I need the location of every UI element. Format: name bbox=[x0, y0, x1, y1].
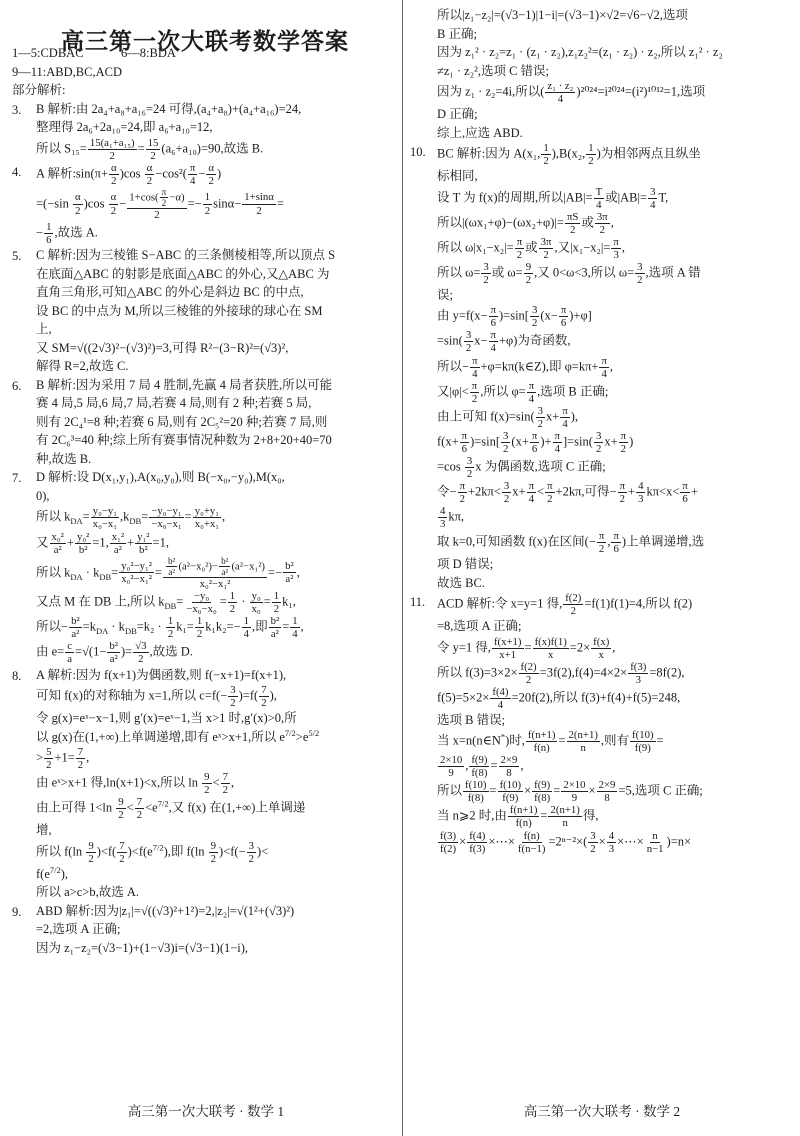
text-line: 所以 a>c>b,故选 A. bbox=[36, 883, 400, 902]
text-line: =(−sin α2)cos α2−1+cos(π2−α)2=−12sinα−1+… bbox=[36, 187, 400, 222]
text-line: ≠z₁ · z₂²,选项 C 错误; bbox=[437, 62, 794, 81]
text-line: =sin(32x−π4+φ)为奇函数, bbox=[437, 329, 794, 354]
item-body: ABD 解析:因为|z₁|=√((√3)²+1²)=2,|z₂|=√(1²+(√… bbox=[36, 902, 400, 958]
text-line: 以 g(x)在(1,+∞)上单调递增,即有 eˣ>x+1,所以 e7/2>e5/… bbox=[36, 728, 400, 747]
document-page: 高三第一次大联考数学答案 1—5:CDBAC 6—8:BDA9—11:ABD,B… bbox=[0, 0, 800, 1136]
text-line: 又x₀²a²+y₀²b²=1,x₁²a²+y₁²b²=1, bbox=[36, 531, 400, 556]
text-line: 因为 z₁ · z₂=4i,所以(z₁ · z₂4)²⁰²⁴=i²⁰²⁴=(i²… bbox=[437, 80, 794, 105]
text-line: 故选 BC. bbox=[437, 574, 794, 593]
text-line: B 解析:因为采用 7 局 4 胜制,先赢 4 局者获胜,所以可能 bbox=[36, 376, 400, 395]
item-number: 7. bbox=[12, 468, 36, 488]
text-line: 所以 ω|x₁−x₂|=π2或3π2,又|x₁−x₂|=π3, bbox=[437, 236, 794, 261]
text-line: 又点 M 在 DB 上,所以 kDB=−y₀−x₀−x₀=12 · y₀x₀=1… bbox=[36, 590, 400, 615]
text-line: 又|φ|<π2,所以 φ=π4,选项 B 正确; bbox=[437, 380, 794, 405]
text-line: 由 eˣ>x+1 得,ln(x+1)<x,所以 ln 92<72, bbox=[36, 771, 400, 796]
text-line: 误; bbox=[437, 286, 794, 305]
text-line: ABD 解析:因为|z₁|=√((√3)²+1²)=2,|z₂|=√(1²+(√… bbox=[36, 902, 400, 921]
text-line: 设 T 为 f(x)的周期,所以|AB|=T4或|AB|=34T, bbox=[437, 186, 794, 211]
text-line: 所以 S₁₅=15(a₁+a₁₅)2=152(a₆+a₁₀)=90,故选 B. bbox=[36, 137, 400, 162]
item-number: 11. bbox=[410, 592, 437, 612]
text-line: 所以 f(3)=3×2×f(2)2=3f(2),f(4)=4×2×f(3)3=8… bbox=[437, 661, 794, 686]
text-line: f(5)=5×2×f(4)4=20f(2),所以 f(3)+f(4)+f(5)=… bbox=[437, 686, 794, 711]
item-number: 3. bbox=[12, 100, 36, 120]
answer-item: 9.ABD 解析:因为|z₁|=√((√3)²+1²)=2,|z₂|=√(1²+… bbox=[12, 902, 400, 958]
answer-item: 6.B 解析:因为采用 7 局 4 胜制,先赢 4 局者获胜,所以可能赛 4 局… bbox=[12, 376, 400, 469]
item-body: B 解析:因为采用 7 局 4 胜制,先赢 4 局者获胜,所以可能赛 4 局,5… bbox=[36, 376, 400, 469]
text-line: 整理得 2a₆+2a₁₀=24,即 a₆+a₁₀=12, bbox=[36, 118, 400, 137]
text-line: 又 SM=√((2√3)²−(√3)²)=3,可得 R²−(3−R)²=(√3)… bbox=[36, 339, 400, 358]
text-line: 所以 f(ln 92)<f(72)<f(e7/2),即 f(ln 92)<f(−… bbox=[36, 840, 400, 865]
text-line: 由上可知 f(x)=sin(32x+π4), bbox=[437, 405, 794, 430]
text-line: 由上可得 1<ln 92<72<e7/2,又 f(x) 在(1,+∞)上单调递 bbox=[36, 796, 400, 821]
text-line: 上, bbox=[36, 320, 400, 339]
footer-right: 高三第一次大联考 · 数学 2 bbox=[410, 1100, 794, 1120]
text-line: 令 y=1 得,f(x+1)x+1=f(x)f(1)x=2×f(x)x, bbox=[437, 636, 794, 661]
text-line: 2×109,f(9)f(8)=2×98, bbox=[437, 754, 794, 779]
text-line: B 正确; bbox=[437, 25, 794, 44]
text-line: 令−π2+2kπ<32x+π4<π2+2kπ,可得−π2+43kπ<x<π6+ bbox=[437, 480, 794, 505]
text-line: 综上,应选 ABD. bbox=[437, 124, 794, 143]
text-line: 种,故选 B. bbox=[36, 450, 400, 469]
text-block: 1—5:CDBAC 6—8:BDA9—11:ABD,BC,ACD部分解析: bbox=[12, 44, 400, 100]
item-number: 8. bbox=[12, 666, 36, 686]
text-line: 所以|(ωx₁+φ)−(ωx₂+φ)|=πS2或3π2, bbox=[437, 211, 794, 236]
item-body: C 解析:因为三棱锥 S−ABC 的三条侧棱相等,所以顶点 S在底面△ABC 的… bbox=[36, 246, 400, 376]
text-line: 因为 z₁−z₂=(√3−1)+(1−√3)i=(√3−1)(1−i), bbox=[36, 939, 400, 958]
text-line: ACD 解析:令 x=y=1 得,f(2)2=f(1)f(1)=4,所以 f(2… bbox=[437, 592, 794, 617]
text-line: 1—5:CDBAC 6—8:BDA bbox=[12, 44, 400, 63]
text-line: f(e7/2), bbox=[36, 865, 400, 884]
item-body: 1—5:CDBAC 6—8:BDA9—11:ABD,BC,ACD部分解析: bbox=[12, 44, 400, 100]
text-line: 0), bbox=[36, 487, 400, 506]
text-line: A 解析:因为 f(x+1)为偶函数,则 f(−x+1)=f(x+1), bbox=[36, 666, 400, 685]
text-line: =cos 32x 为偶函数,选项 C 正确; bbox=[437, 455, 794, 480]
text-line: 部分解析: bbox=[12, 81, 400, 100]
text-line: f(x+π6)=sin[32(x+π6)+π4]=sin(32x+π2) bbox=[437, 430, 794, 455]
item-number: 4. bbox=[12, 162, 36, 182]
text-line: 有 2C₆³=40 种;综上所有赛事情况种数为 2+8+20+40=70 bbox=[36, 431, 400, 450]
answer-item: 10.BC 解析:因为 A(x₁,12),B(x₂,12)为相邻两点且纵坐标相同… bbox=[410, 142, 794, 592]
text-line: B 解析:由 2a₄+a₈+a₁₆=24 可得,(a₄+a₈)+(a₄+a₁₆)… bbox=[36, 100, 400, 119]
text-line: 所以 kDA · kDB=y₀²−y₁²x₀²−x₁²=b²a²(a²−x₀²)… bbox=[36, 556, 400, 591]
text-line: 令 g(x)=eˣ−x−1,则 g′(x)=eˣ−1,当 x>1 时,g′(x)… bbox=[36, 709, 400, 728]
text-line: 当 x=n(n∈N*)时,f(n+1)f(n)=2(n+1)n,则有f(10)f… bbox=[437, 729, 794, 754]
text-line: 解得 R=2,故选 C. bbox=[36, 357, 400, 376]
text-line: D 正确; bbox=[437, 105, 794, 124]
item-body: ACD 解析:令 x=y=1 得,f(2)2=f(1)f(1)=4,所以 f(2… bbox=[437, 592, 794, 855]
answer-item: 3.B 解析:由 2a₄+a₈+a₁₆=24 可得,(a₄+a₈)+(a₄+a₁… bbox=[12, 100, 400, 162]
item-body: D 解析:设 D(x₁,y₁),A(x₀,y₀),则 B(−x₀,−y₀),M(… bbox=[36, 468, 400, 665]
text-line: =2,选项 A 正确; bbox=[36, 920, 400, 939]
text-line: 项 D 错误; bbox=[437, 555, 794, 574]
text-line: BC 解析:因为 A(x₁,12),B(x₂,12)为相邻两点且纵坐 bbox=[437, 142, 794, 167]
item-number: 10. bbox=[410, 142, 437, 162]
item-body: B 解析:由 2a₄+a₈+a₁₆=24 可得,(a₄+a₈)+(a₄+a₁₆)… bbox=[36, 100, 400, 162]
footer-left: 高三第一次大联考 · 数学 1 bbox=[12, 1100, 400, 1120]
text-line: 可知 f(x)的对称轴为 x=1,所以 c=f(−32)=f(72), bbox=[36, 684, 400, 709]
item-number bbox=[410, 6, 437, 7]
text-line: 所以f(10)f(8)=f(10)f(9)×f(9)f(8)=2×109×2×9… bbox=[437, 779, 794, 804]
text-line: 直角三角形,可知△ABC 的外心是斜边 BC 的中点, bbox=[36, 283, 400, 302]
text-line: 当 n⩾2 时,由f(n+1)f(n)=2(n+1)n得, bbox=[437, 804, 794, 829]
text-line: 43kπ, bbox=[437, 505, 794, 530]
text-line: 增, bbox=[36, 821, 400, 840]
text-line: 所以 ω=32或 ω=92,又 0<ω<3,所以 ω=32,选项 A 错 bbox=[437, 261, 794, 286]
text-line: 所以−π4+φ=kπ(k∈Z),即 φ=kπ+π4, bbox=[437, 355, 794, 380]
text-line: 取 k=0,可知函数 f(x)在区间(−π2,π6)上单调递增,选 bbox=[437, 530, 794, 555]
answer-item: 11.ACD 解析:令 x=y=1 得,f(2)2=f(1)f(1)=4,所以 … bbox=[410, 592, 794, 855]
text-block: 所以|z₁−z₂|=(√3−1)|1−i|=(√3−1)×√2=√6−√2,选项… bbox=[410, 6, 794, 142]
item-number: 6. bbox=[12, 376, 36, 396]
item-body: A 解析:因为 f(x+1)为偶函数,则 f(−x+1)=f(x+1),可知 f… bbox=[36, 666, 400, 902]
text-line: f(3)f(2)×f(4)f(3)×⋯×f(n)f(n−1)=2ⁿ⁻²×(32×… bbox=[437, 830, 794, 855]
column-divider bbox=[402, 0, 403, 1136]
text-line: 由 y=f(x−π6)=sin[32(x−π6)+φ] bbox=[437, 304, 794, 329]
text-line: 所以|z₁−z₂|=(√3−1)|1−i|=(√3−1)×√2=√6−√2,选项 bbox=[437, 6, 794, 25]
text-line: 设 BC 的中点为 M,所以三棱锥的外接球的球心在 SM bbox=[36, 302, 400, 321]
text-line: 因为 z₁² · z₂=z₁ · (z₁ · z₂),z₁z₂²=(z₁ · z… bbox=[437, 43, 794, 62]
item-number: 5. bbox=[12, 246, 36, 266]
text-line: 所以 kDA=y₀−y₁x₀−x₁,kDB=−y₀−y₁−x₀−x₁=y₀+y₁… bbox=[36, 505, 400, 530]
text-line: −16,故选 A. bbox=[36, 221, 400, 246]
text-line: 标相同, bbox=[437, 167, 794, 186]
left-column: 1—5:CDBAC 6—8:BDA9—11:ABD,BC,ACD部分解析:3.B… bbox=[12, 44, 400, 957]
text-line: 赛 4 局,5 局,6 局,7 局,若赛 4 局,则有 2 种;若赛 5 局, bbox=[36, 394, 400, 413]
right-column: 所以|z₁−z₂|=(√3−1)|1−i|=(√3−1)×√2=√6−√2,选项… bbox=[410, 6, 794, 855]
text-line: 9—11:ABD,BC,ACD bbox=[12, 63, 400, 82]
text-line: 选项 B 错误; bbox=[437, 711, 794, 730]
text-line: 所以−b²a²=kDA · kDB=k₂ · 12k₁=12k₁k₂=−14,即… bbox=[36, 615, 400, 640]
answer-item: 4.A 解析:sin(π+α2)cos α2−cos²(π4−α2)=(−sin… bbox=[12, 162, 400, 247]
text-line: >52+1=72, bbox=[36, 746, 400, 771]
item-body: 所以|z₁−z₂|=(√3−1)|1−i|=(√3−1)×√2=√6−√2,选项… bbox=[437, 6, 794, 142]
text-line: D 解析:设 D(x₁,y₁),A(x₀,y₀),则 B(−x₀,−y₀),M(… bbox=[36, 468, 400, 487]
item-body: A 解析:sin(π+α2)cos α2−cos²(π4−α2)=(−sin α… bbox=[36, 162, 400, 247]
answer-item: 5.C 解析:因为三棱锥 S−ABC 的三条侧棱相等,所以顶点 S在底面△ABC… bbox=[12, 246, 400, 376]
text-line: C 解析:因为三棱锥 S−ABC 的三条侧棱相等,所以顶点 S bbox=[36, 246, 400, 265]
text-line: 则有 2C₄¹=8 种;若赛 6 局,则有 2C₅²=20 种;若赛 7 局,则 bbox=[36, 413, 400, 432]
text-line: 在底面△ABC 的射影是底面△ABC 的外心,又△ABC 为 bbox=[36, 265, 400, 284]
answer-item: 7.D 解析:设 D(x₁,y₁),A(x₀,y₀),则 B(−x₀,−y₀),… bbox=[12, 468, 400, 665]
answer-item: 8.A 解析:因为 f(x+1)为偶函数,则 f(−x+1)=f(x+1),可知… bbox=[12, 666, 400, 902]
item-body: BC 解析:因为 A(x₁,12),B(x₂,12)为相邻两点且纵坐标相同,设 … bbox=[437, 142, 794, 592]
text-line: =8,选项 A 正确; bbox=[437, 617, 794, 636]
text-line: 由 e=ca=√(1−b²a²)=√32,故选 D. bbox=[36, 640, 400, 665]
item-number: 9. bbox=[12, 902, 36, 922]
text-line: A 解析:sin(π+α2)cos α2−cos²(π4−α2) bbox=[36, 162, 400, 187]
